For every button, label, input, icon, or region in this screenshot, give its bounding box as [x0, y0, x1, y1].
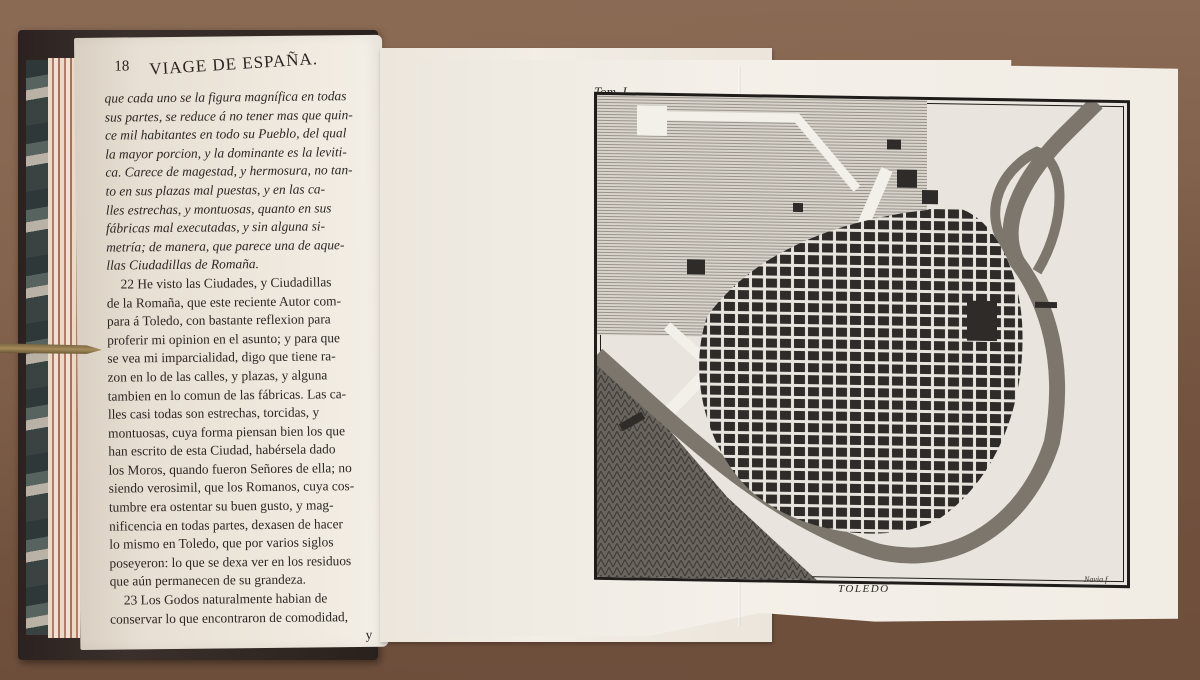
text-line: poseyeron: lo que se dexa ver en los res… [109, 552, 371, 573]
text-line: conservar lo que encontraron de comodida… [110, 608, 372, 629]
text-line: tambien en lo comun de las fábricas. Las… [108, 384, 370, 405]
text-line: para á Toledo, con bastante reflexion pa… [107, 310, 369, 331]
left-text-page: 18 VIAGE DE ESPAÑA. que cada uno se la f… [74, 35, 388, 650]
text-line: que cada uno se la figura magnífica en t… [105, 87, 367, 108]
text-line: 22 He visto las Ciudades, y Ciudadillas [106, 273, 368, 294]
running-head: 18 VIAGE DE ESPAÑA. [114, 53, 374, 76]
text-line: lo mismo en Toledo, que por varios siglo… [109, 533, 371, 554]
engraver-credit: Navia f. [1084, 575, 1109, 584]
running-head-title: VIAGE DE ESPAÑA. [149, 49, 319, 80]
map-caption: TOLEDO [838, 583, 890, 595]
body-text: que cada uno se la figura magnífica en t… [105, 87, 373, 648]
text-line: ce mil habitantes en todo su Pueblo, del… [105, 124, 367, 145]
toledo-map-engraving [594, 92, 1130, 588]
text-line: lles estrechas, y montuosas, quanto en s… [106, 198, 368, 219]
text-line: ca. Carece de magestad, y hermosura, no … [105, 161, 367, 182]
text-line: metría; de manera, que parece una de aqu… [106, 236, 368, 257]
page-number: 18 [114, 58, 129, 75]
map-illustration [597, 95, 1127, 585]
text-line: se vea mi imparcialidad, digo que tiene … [107, 347, 369, 368]
text-line: tumbre era ostentar su buen gusto, y mag… [109, 496, 371, 517]
text-line: y [110, 626, 372, 647]
